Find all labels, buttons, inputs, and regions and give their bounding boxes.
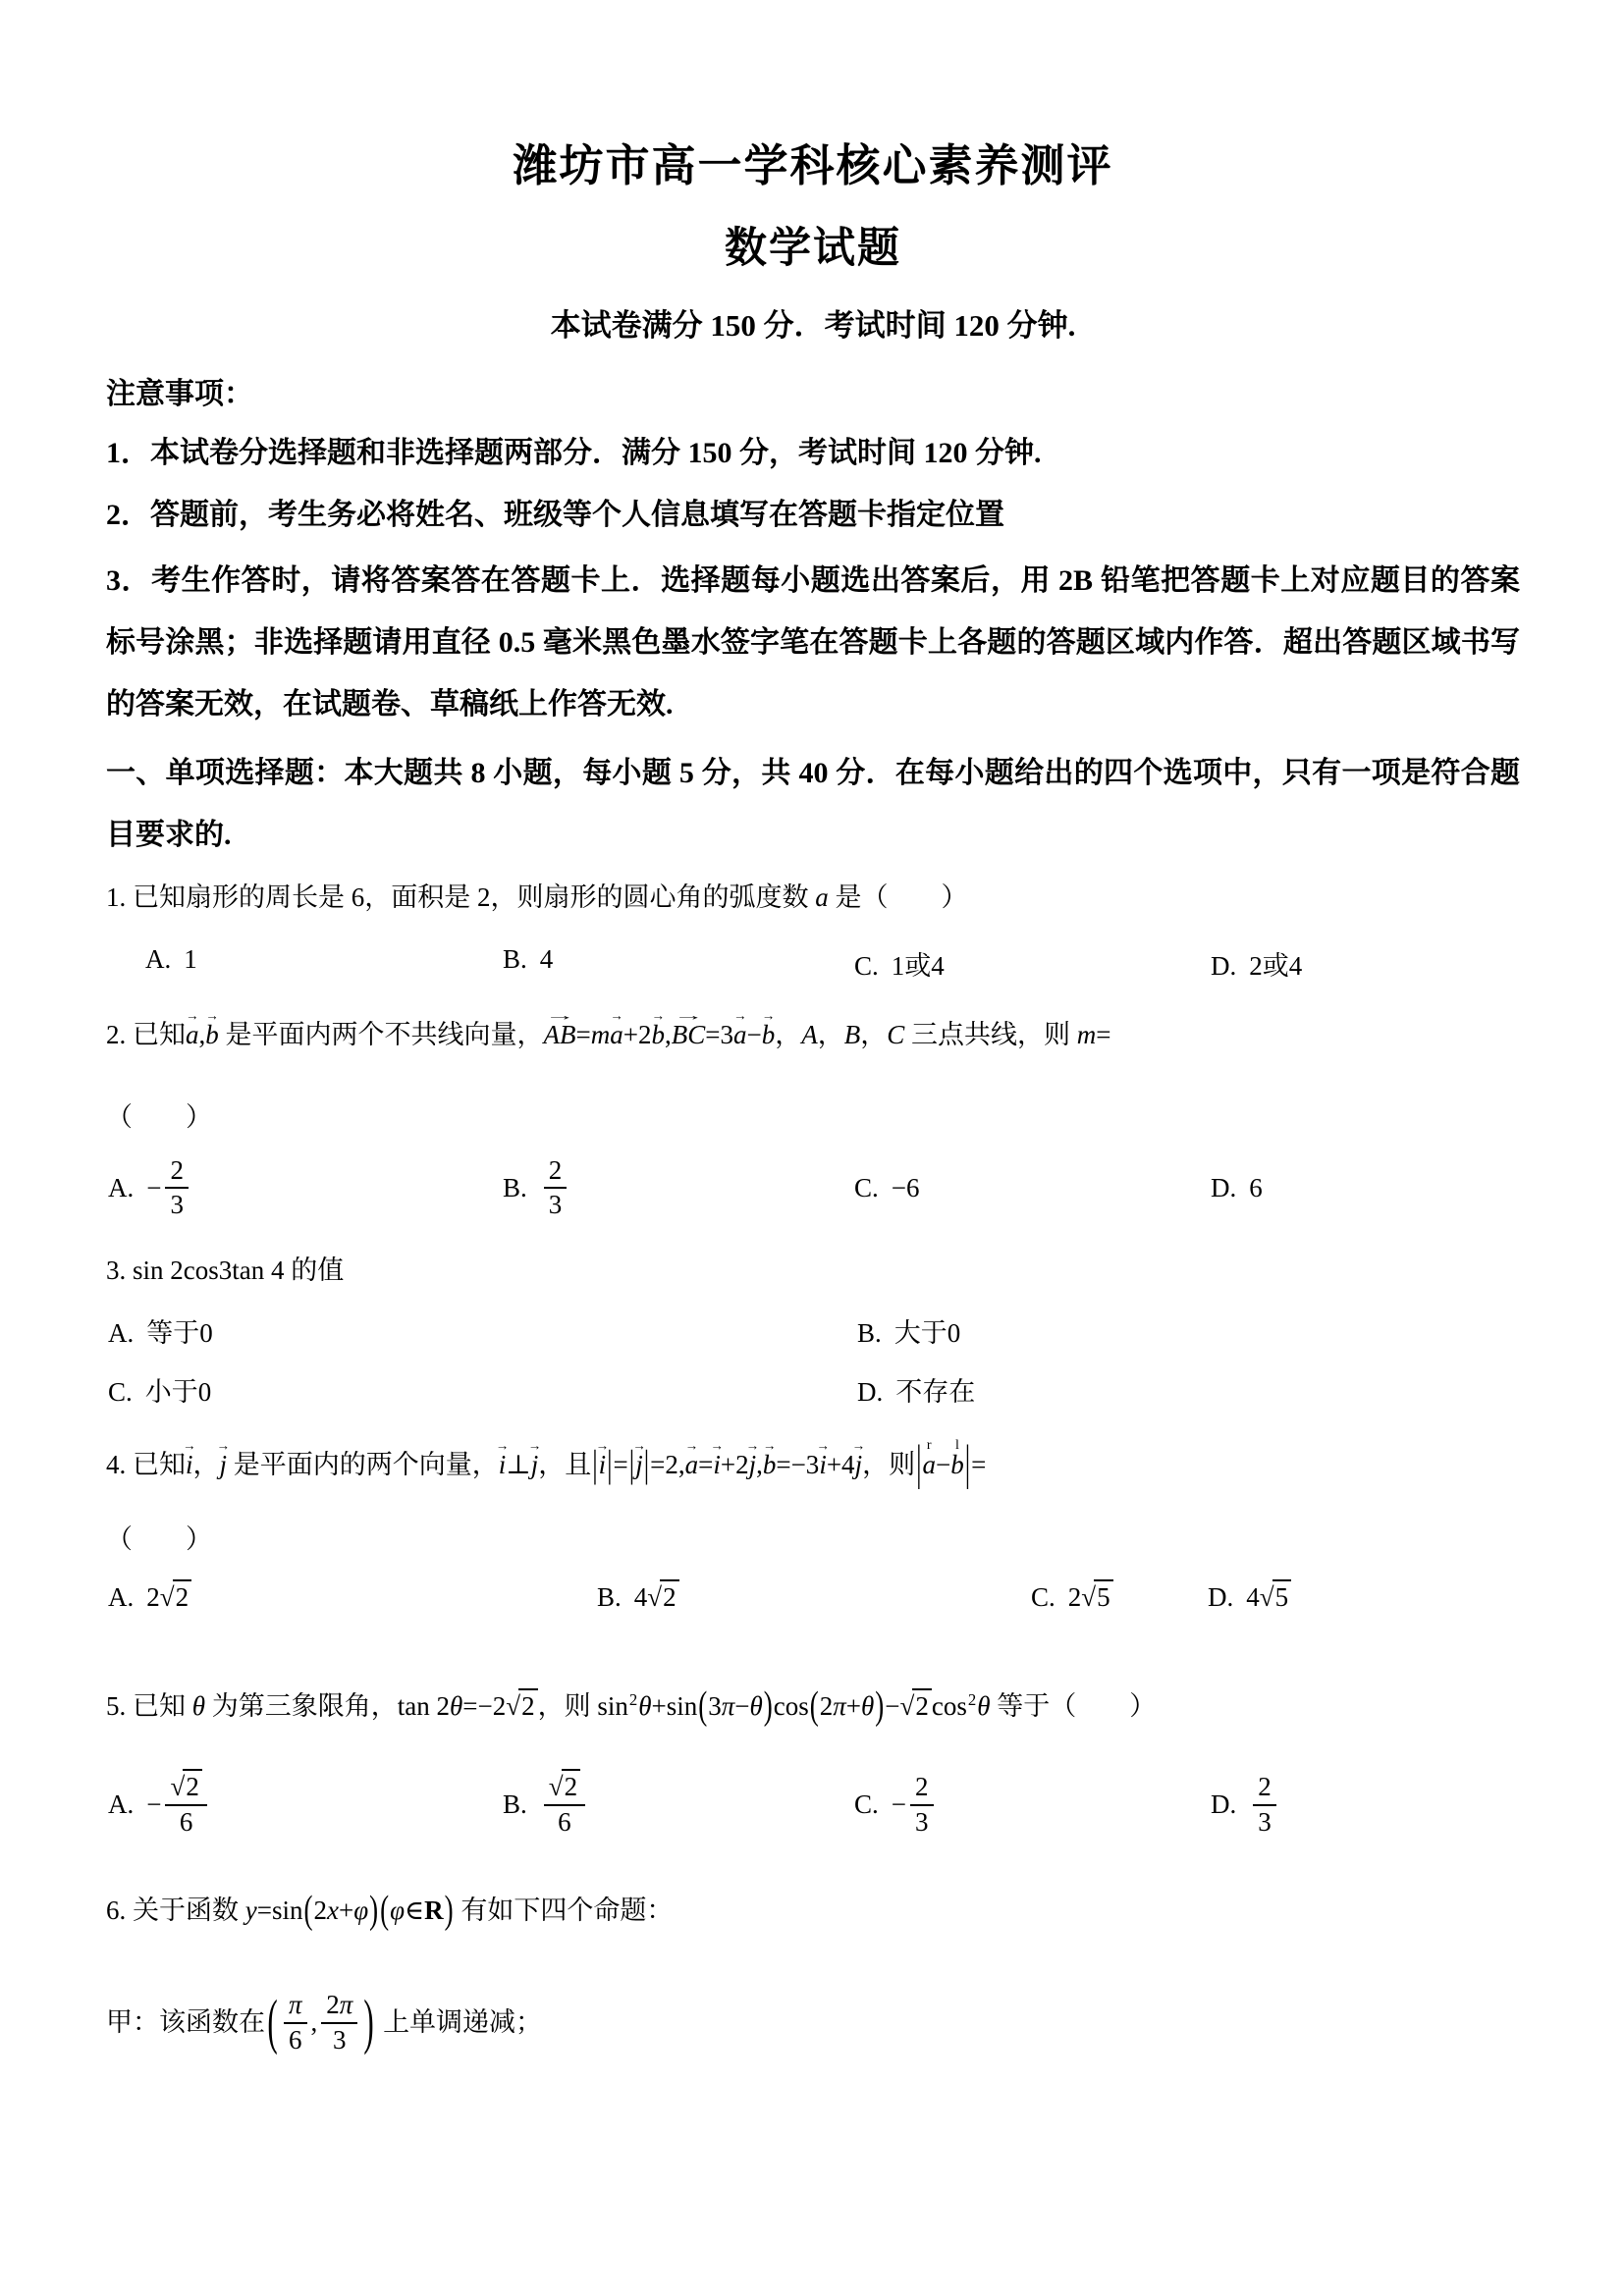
question-6-proposition-jia: 甲：该函数在(π6,2π3) 上单调递减； — [106, 1976, 1520, 2069]
question-4-stem: 4. 已知i→，j→ 是平面内的两个向量，i→⊥j→，且|i→|=|j→|=2,… — [106, 1447, 1520, 1483]
question-2-answer-paren: （ ） — [106, 1099, 1520, 1136]
vector-arrow-icon: → — [528, 1439, 542, 1453]
option-d: D.2或4 — [1211, 944, 1302, 983]
vector-arrow-icon: → — [610, 1009, 623, 1023]
option-label: B. — [857, 1318, 882, 1349]
option-label: B. — [597, 1582, 622, 1613]
option-content: 不存在 — [895, 1370, 975, 1409]
option-content: 小于0 — [145, 1370, 212, 1409]
option-label: B. — [503, 944, 527, 975]
option-content: 4 — [540, 944, 554, 975]
question-5-stem: 5. 已知 θ 为第三象限角，tan 2θ=−2√2，则 sin2θ+sin(3… — [106, 1682, 1520, 1725]
vector-arrow-icon: → — [651, 1009, 665, 1023]
option-label: A. — [108, 1173, 134, 1203]
note-item-3: 3．考生作答时，请将答案答在答题卡上．选择题每小题选出答案后，用 2B 铅笔把答… — [106, 550, 1520, 735]
option-c: C.−6 — [854, 1139, 920, 1237]
question-5-options: A.−√26B.√26C.−23D.23 — [106, 1753, 1520, 1856]
option-b: B.大于0 — [857, 1311, 960, 1350]
option-content: 4√5 — [1246, 1582, 1291, 1613]
option-c: C.小于0 — [108, 1370, 211, 1409]
vector-arrow-icon: → — [496, 1439, 510, 1453]
option-label: C. — [108, 1377, 133, 1408]
option-content: 2√5 — [1068, 1582, 1113, 1613]
option-c: C.1或4 — [854, 944, 945, 983]
option-content: 1 — [184, 944, 197, 975]
vector-arrow-icon: → — [710, 1439, 724, 1453]
exam-paper-page: 潍坊市高一学科核心素养测评 数学试题 本试卷满分 150 分．考试时间 120 … — [0, 0, 1624, 2296]
option-d: D.6 — [1211, 1139, 1263, 1237]
notes-heading: 注意事项： — [106, 375, 1520, 413]
option-label: C. — [854, 951, 879, 982]
vector-arrow-icon: → — [186, 1009, 199, 1023]
option-label: D. — [1208, 1582, 1233, 1613]
option-label: A. — [145, 944, 171, 975]
option-label: C. — [1031, 1582, 1056, 1613]
option-content: 4√2 — [634, 1582, 679, 1613]
option-content: 6 — [1249, 1173, 1263, 1203]
vector-arrow-icon: → — [217, 1439, 231, 1453]
question-2-stem: 2. 已知a→,b→ 是平面内两个不共线向量，AB→=ma→+2b→,BC→=3… — [106, 1017, 1520, 1053]
vector-arrow-icon: → — [762, 1009, 776, 1023]
option-a: A.1 — [145, 944, 197, 975]
option-label: D. — [1211, 1173, 1236, 1203]
option-label: B. — [503, 1789, 527, 1820]
option-content: 1或4 — [892, 944, 945, 983]
option-content: 等于0 — [146, 1311, 213, 1350]
vector-arrow-icon: → — [183, 1439, 196, 1453]
vector-arrow-icon: → — [816, 1439, 830, 1453]
option-b: B.√26 — [503, 1753, 589, 1856]
vector-mark-glyph: r — [927, 1438, 932, 1452]
option-label: A. — [108, 1789, 134, 1820]
vector-arrow-icon: → — [746, 1439, 760, 1453]
option-content: −6 — [892, 1173, 920, 1203]
option-content: 23 — [1249, 1772, 1280, 1837]
question-1-stem: 1. 已知扇形的周长是 6，面积是 2，则扇形的圆心角的弧度数 a 是（ ） — [106, 880, 1520, 916]
vector-arrow-icon: → — [763, 1439, 777, 1453]
note-item-2: 2．答题前，考生务必将姓名、班级等个人信息填写在答题卡指定位置 — [106, 496, 1520, 534]
vector-mark-glyph: l — [955, 1438, 959, 1452]
exam-subtitle: 数学试题 — [106, 222, 1520, 277]
option-content: −√26 — [146, 1772, 211, 1837]
option-content: −23 — [892, 1772, 938, 1837]
option-content: 大于0 — [894, 1311, 961, 1350]
vector-arrow-icon: → — [685, 1439, 699, 1453]
question-3-stem: 3. sin 2cos3tan 4 的值 — [106, 1253, 1520, 1289]
note-item-1: 1．本试卷分选择题和非选择题两部分．满分 150 分，考试时间 120 分钟. — [106, 434, 1520, 472]
vector-arrow-icon: → — [544, 1009, 574, 1023]
option-a: A.2√2 — [108, 1582, 191, 1613]
vector-arrow-icon: → — [733, 1009, 747, 1023]
option-d: D.不存在 — [857, 1370, 975, 1409]
option-label: D. — [1211, 951, 1236, 982]
option-label: A. — [108, 1318, 134, 1349]
question-3-options-row-2: C.小于0D.不存在 — [106, 1370, 1520, 1415]
option-label: C. — [854, 1789, 879, 1820]
option-content: 2或4 — [1249, 944, 1302, 983]
question-2-options: A.−23B.23C.−6D.6 — [106, 1139, 1520, 1237]
question-1-options: A.1B.4C.1或4D.2或4 — [106, 944, 1520, 988]
option-b: B.4√2 — [597, 1582, 679, 1613]
option-b: B.4 — [503, 944, 553, 975]
option-label: D. — [857, 1377, 883, 1408]
option-a: A.−23 — [108, 1139, 192, 1237]
option-b: B.23 — [503, 1139, 570, 1237]
option-d: D.4√5 — [1208, 1582, 1291, 1613]
vector-arrow-icon: → — [673, 1009, 703, 1023]
vector-arrow-icon: → — [852, 1439, 866, 1453]
option-label: B. — [503, 1173, 527, 1203]
option-content: 2√2 — [146, 1582, 191, 1613]
option-label: A. — [108, 1582, 134, 1613]
question-4-options: A.2√2B.4√2C.2√5D.4√5 — [106, 1582, 1520, 1631]
option-a: A.−√26 — [108, 1753, 211, 1856]
option-label: D. — [1211, 1789, 1236, 1820]
section-1-heading: 一、单项选择题：本大题共 8 小题，每小题 5 分，共 40 分．在每小题给出的… — [106, 742, 1520, 866]
exam-title: 潍坊市高一学科核心素养测评 — [106, 137, 1520, 195]
question-3-options-row-1: A.等于0B.大于0 — [106, 1311, 1520, 1356]
vector-arrow-icon: → — [205, 1009, 219, 1023]
option-a: A.等于0 — [108, 1311, 213, 1350]
option-d: D.23 — [1211, 1753, 1280, 1856]
question-6-stem: 6. 关于函数 y=sin(2x+φ)(φ∈R) 有如下四个命题： — [106, 1893, 1520, 1929]
question-4-answer-paren: （ ） — [106, 1522, 1520, 1558]
option-content: √26 — [540, 1772, 589, 1837]
option-label: C. — [854, 1173, 879, 1203]
option-content: 23 — [540, 1155, 571, 1220]
option-c: C.−23 — [854, 1753, 938, 1856]
exam-info: 本试卷满分 150 分．考试时间 120 分钟. — [106, 306, 1520, 346]
option-c: C.2√5 — [1031, 1582, 1113, 1613]
option-content: −23 — [146, 1155, 192, 1220]
